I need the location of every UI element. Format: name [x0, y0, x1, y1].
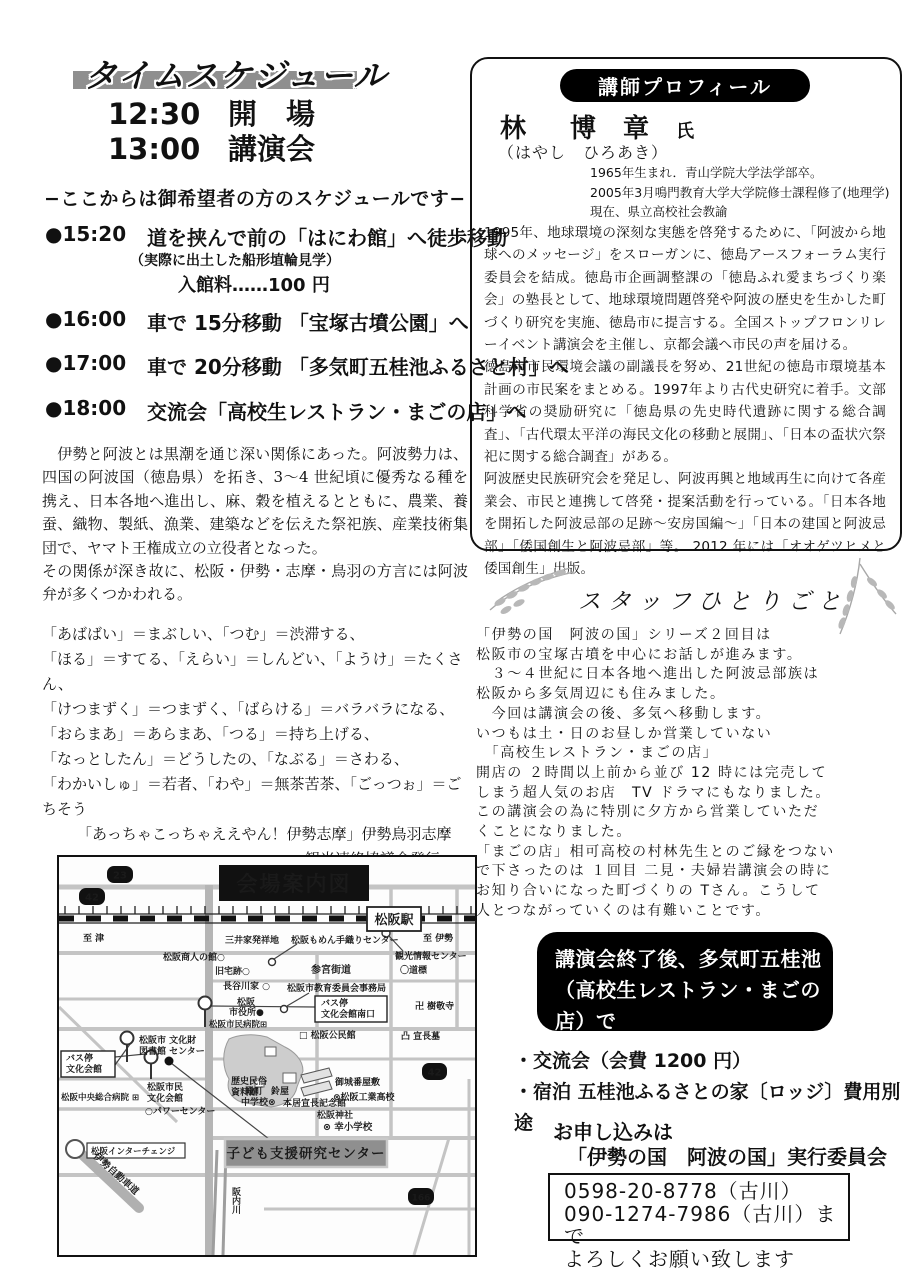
- map-label-gojoban: 御城番屋敷: [335, 1076, 380, 1088]
- bio-paragraph-1: 1995年、地球環境の深刻な実態を啓発するために、「阿波から地球へのメッセージ」…: [484, 222, 886, 356]
- map-label-tonomachi-1: 殿町: [245, 1085, 263, 1097]
- phone-number-1: 0598-20-8778（古川）: [564, 1180, 848, 1203]
- staff-line: お知り合いになった町づくりの Tさん。こうして: [476, 882, 908, 902]
- map-label-venue: 子ども支援研究センター: [227, 1145, 386, 1162]
- item-time: ●15:20: [45, 222, 147, 251]
- map-label-bunkazai-2: 図書館 センター: [139, 1045, 205, 1057]
- map-label-kominkan: □ 松阪公民館: [299, 1029, 356, 1041]
- phone-box: 0598-20-8778（古川） 090-1274-7986（古川）まで よろし…: [548, 1173, 850, 1241]
- education-line: 現在、県立高校社会教諭: [590, 202, 890, 222]
- staff-notes: 「伊勢の国 阿波の国」シリーズ２回目は 松阪市の宝塚古墳を中心にお話しが進みます…: [476, 626, 908, 922]
- map-label-kyoiku: 松阪市教育委員会事務局: [286, 982, 386, 994]
- staff-line: いつもは土・日のお昼しか営業していない: [476, 725, 908, 745]
- phone-closing: よろしくお願い致します: [564, 1248, 848, 1271]
- map-label-chuo-byoin: 松阪中央総合病院 ⊞: [60, 1092, 139, 1103]
- map-label-haka: 凸 宣長墓: [401, 1030, 440, 1042]
- item-text: 道を挟んで前の「はにわ館」へ徒歩移動: [147, 222, 507, 251]
- map-label-kyutaku: 旧宅跡○: [215, 965, 250, 977]
- staff-line: ３～４世紀に日本各地へ進出した阿波忌部族は: [476, 665, 908, 685]
- map-label-sangu: 参宮街道: [311, 963, 351, 976]
- map-label-jinja: 松阪神社: [316, 1109, 353, 1121]
- map-label-station: 松阪駅: [373, 912, 413, 928]
- map-label-dohyo: 〇道標: [400, 964, 428, 976]
- staff-line: で下さったのは １回目 二見・夫婦岩講演会の時に: [476, 862, 908, 882]
- staff-line: しまう超人気のお店 TV ドラマにもなりました。: [476, 784, 908, 804]
- schedule-times: 12:30 開 場 13:00 講演会: [108, 97, 315, 167]
- map-label-byoin: 松阪市民病院⊞: [208, 1019, 267, 1030]
- map-label-momen: 松阪もめん手織りセンター: [290, 934, 399, 946]
- venue-map: 会場案内図 23 42 42 166 松阪駅 至 津 至 伊勢 三井家発祥地 松…: [57, 855, 477, 1257]
- credit-line-1: 「あっちゃこっちゃええやん！伊勢志摩」伊勢鳥羽志摩: [42, 822, 468, 847]
- map-labels: 至 津 至 伊勢 三井家発祥地 松阪もめん手織りセンター 観光情報センター 松阪…: [60, 932, 467, 1133]
- map-label-kinenkan: 本居宣長記念館: [283, 1097, 346, 1109]
- map-label-bus-bunka-1: バス停: [66, 1052, 94, 1064]
- map-label-kanko: 観光情報センター: [395, 950, 467, 962]
- announcement-line-2: （高校生レストラン・まごの店）で: [555, 975, 833, 1037]
- schedule-item: ●18:00 交流会「高校生レストラン・まごの店」へ: [45, 396, 526, 425]
- staff-line: 人とつながっていくのは有難いことです。: [476, 902, 908, 922]
- route-42b-label: 42: [428, 1068, 442, 1079]
- dialect-list: 「あばばい」＝まぶしい、「つむ」＝渋滞する、 「ほる」＝すてる、「えらい」＝しん…: [42, 622, 468, 872]
- map-label-shiyakusho-2: 市役所●: [229, 1006, 264, 1018]
- essay-block: 伊勢と阿波とは黒潮を通じ深い関係にあった。阿波勢力は、四国の阿波国（徳島県）を拓…: [42, 443, 468, 607]
- map-label-sachi: ⊗ 幸小学校: [323, 1121, 373, 1133]
- venue-map-svg: 会場案内図 23 42 42 166 松阪駅 至 津 至 伊勢 三井家発祥地 松…: [59, 857, 475, 1255]
- rice-ear-left-icon: [486, 558, 578, 620]
- item-text: 車で 15分移動 「宝塚古墳公園」へ: [147, 307, 469, 336]
- profile-badge: 講師プロフィール: [560, 69, 810, 102]
- map-label-bus-south-2: 文化会館南口: [321, 1008, 375, 1020]
- dialect-line: 「おらまあ」＝あらまあ、「つる」＝持ち上げる、: [42, 722, 468, 747]
- essay-paragraph-2: その関係が深き故に、松阪・伊勢・志摩・鳥羽の方言には阿波弁が多くつかわれる。: [42, 560, 468, 607]
- map-label-hasegawa: 長谷川家 ○: [223, 980, 270, 992]
- staff-line: くことになりました。: [476, 823, 908, 843]
- staff-line: 松阪から多気周辺にも住みました。: [476, 685, 908, 705]
- staff-line: この講演会の為に特別に夕方から営業していただ: [476, 803, 908, 823]
- time-value: 12:30: [108, 97, 228, 132]
- item-time: ●16:00: [45, 307, 147, 336]
- bio-paragraph-2: 徳島市市民環境会議の副議長を努め、21世紀の徳島市環境基本計画の市民案をまとめる…: [484, 356, 886, 468]
- map-label-jukyoji: 卍 樹敬寺: [415, 1000, 454, 1012]
- announcement-box: 講演会終了後、多気町五桂池 （高校生レストラン・まごの店）で 交流会を行います。: [537, 932, 833, 1031]
- announcement-line-1: 講演会終了後、多気町五桂池: [555, 944, 833, 975]
- map-label-shiyakusho-1: 松阪: [236, 996, 255, 1008]
- schedule-item: ●15:20 道を挟んで前の「はにわ館」へ徒歩移動: [45, 222, 507, 251]
- schedule-title: タイムスケジュール: [84, 50, 387, 97]
- lecturer-bio: 1995年、地球環境の深刻な実態を啓発するために、「阿波から地球へのメッセージ」…: [484, 222, 886, 581]
- map-label-bunkakaikan-1: 松阪市民: [146, 1081, 183, 1093]
- map-label-to-ise: 至 伊勢: [423, 932, 453, 944]
- map-label-rekishi-1: 歴史民俗: [231, 1075, 267, 1087]
- education-line: 1965年生まれ．青山学院大学法学部卒。: [590, 163, 890, 183]
- detail-bullet-1: ・交流会（会費 1200 円）: [514, 1046, 915, 1077]
- dialect-line: 「わかいしゅ」＝若者、「わや」＝無茶苦茶、「ごっつぉ」＝ごちそう: [42, 772, 468, 822]
- time-row: 12:30 開 場: [108, 97, 315, 132]
- item-time: ●18:00: [45, 396, 147, 425]
- staff-line: 松阪市の宝塚古墳を中心にお話しが進みます。: [476, 646, 908, 666]
- essay-paragraph-1: 伊勢と阿波とは黒潮を通じ深い関係にあった。阿波勢力は、四国の阿波国（徳島県）を拓…: [42, 443, 468, 560]
- map-label-mitsui: 三井家発祥地: [225, 934, 279, 946]
- item-time: ●17:00: [45, 351, 147, 380]
- lecturer-education: 1965年生まれ．青山学院大学法学部卒。 2005年3月鳴門教育大学大学院修士課…: [590, 163, 890, 222]
- staff-line: 「まごの店」相可高校の村林先生とのご縁をつない: [476, 843, 908, 863]
- contact-committee: 「伊勢の国 阿波の国」実行委員会: [567, 1141, 887, 1170]
- schedule-item: ●16:00 車で 15分移動 「宝塚古墳公園」へ: [45, 307, 469, 336]
- dialect-line: 「なっとしたん」＝どうしたの、「なぶる」＝さわる、: [42, 747, 468, 772]
- map-label-bus-bunka-2: 文化会館: [66, 1063, 102, 1075]
- time-value: 13:00: [108, 132, 228, 167]
- map-label-to-tsu: 至 津: [83, 932, 105, 944]
- route-23-label: 23: [113, 871, 127, 882]
- map-label-bus-south-1: バス停: [321, 997, 349, 1009]
- staff-line: 「伊勢の国 阿波の国」シリーズ２回目は: [476, 626, 908, 646]
- dialect-line: 「けつまずく」＝つまずく、「ばらける」＝バラバラになる、: [42, 697, 468, 722]
- map-label-suzunoya: 鈴屋: [271, 1085, 289, 1097]
- staff-line: 開店の ２時間以上前から並び 12 時には完売して: [476, 764, 908, 784]
- map-label-river: 阪内川: [230, 1186, 241, 1215]
- time-event: 開 場: [228, 97, 315, 132]
- rice-ear-right-icon: [800, 556, 900, 636]
- staff-line: 「高校生レストラン・まごの店」: [476, 744, 908, 764]
- schedule-note: −ここからは御希望者の方のスケジュールです−: [44, 184, 466, 211]
- map-label-bunkazai-1: 松阪市 文化財: [138, 1034, 196, 1046]
- schedule-item-fee: 入館料……100 円: [178, 271, 330, 297]
- staff-line: 今回は講演会の後、多気へ移動します。: [476, 705, 908, 725]
- map-label-bunkakaikan-2: 文化会館: [147, 1092, 183, 1104]
- map-title: 会場案内図: [237, 872, 352, 896]
- dialect-line: 「あばばい」＝まぶしい、「つむ」＝渋滞する、: [42, 622, 468, 647]
- lecturer-name-suffix: 氏: [676, 121, 694, 142]
- education-line: 2005年3月鳴門教育大学大学院修士課程修了(地理学): [590, 183, 890, 203]
- schedule-item-sub: （実際に出土した船形埴輪見学）: [130, 250, 340, 270]
- lecturer-kana: （はやし ひろあき）: [498, 140, 668, 163]
- time-event: 講演会: [228, 132, 315, 167]
- map-label-shonin: 松阪商人の館○: [162, 951, 225, 963]
- dialect-line: 「ほる」＝すてる、「えらい」＝しんどい、「ようけ」＝たくさん、: [42, 647, 468, 697]
- map-label-power-center: ○パワーセンター: [145, 1106, 215, 1117]
- phone-number-2: 090-1274-7986（古川）まで: [564, 1203, 848, 1248]
- time-row: 13:00 講演会: [108, 132, 315, 167]
- route-42-label: 42: [85, 893, 99, 904]
- map-label-tonomachi-2: 中学校⊗: [241, 1096, 276, 1108]
- route-166-label: 166: [412, 1194, 431, 1204]
